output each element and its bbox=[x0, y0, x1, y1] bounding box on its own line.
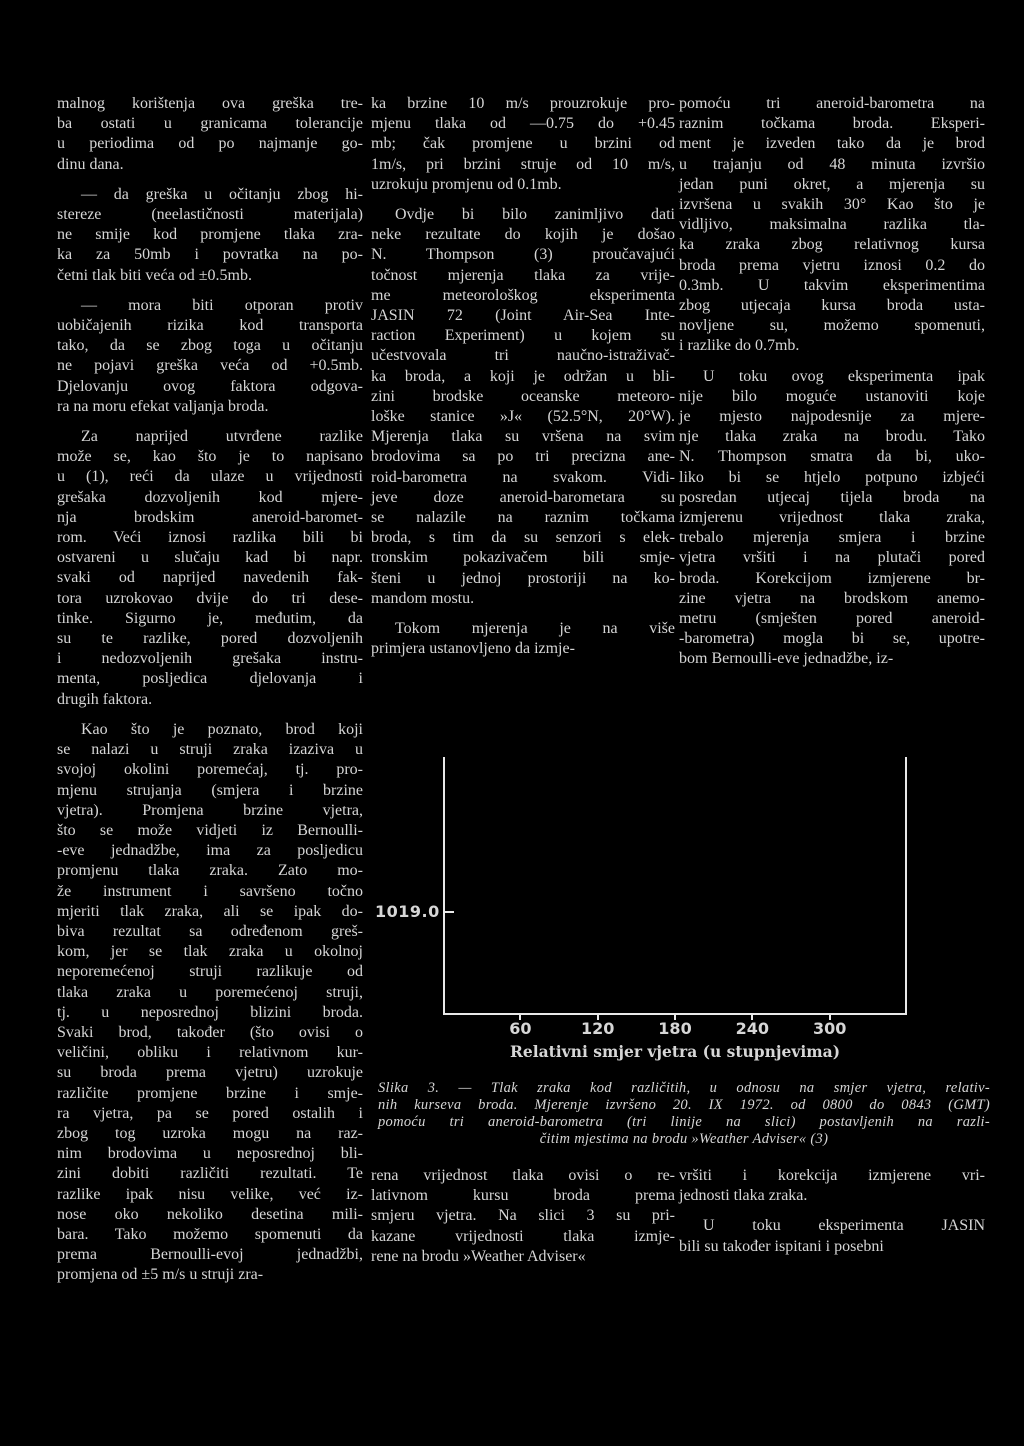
caption-line: Slika 3. — Tlak zraka kod različitih, u … bbox=[378, 1080, 990, 1097]
text-line: učestvovala tri naučno-istraživač- bbox=[371, 346, 675, 366]
text-line: ka brzine 10 m/s prouzrokuje pro- bbox=[371, 94, 675, 114]
page: malnog korištenja ova greška tre-ba osta… bbox=[0, 0, 1024, 1446]
text-line: ra vjetra, pa se pored ostalih i bbox=[57, 1104, 363, 1124]
text-line: Za naprijed utvrđene razlike bbox=[57, 427, 363, 447]
text-line: ra na moru efekat valjanja broda. bbox=[57, 397, 363, 417]
paragraph: U toku eksperimenta JASINbili su također… bbox=[679, 1216, 985, 1256]
text-line: su broda prema vjetru) uzrokuje bbox=[57, 1063, 363, 1083]
text-line: raznim točkama broda. Eksperi- bbox=[679, 114, 985, 134]
text-line: menta, posljedica djelovanja i bbox=[57, 669, 363, 689]
text-line: vjetra). Promjena brzine vjetra, bbox=[57, 801, 363, 821]
text-line: tora uzrokovao dvije do tri dese- bbox=[57, 589, 363, 609]
text-line: kazane vrijednosti tlaka izmje- bbox=[371, 1227, 675, 1247]
x-axis-tick-value: 60 bbox=[497, 1019, 543, 1038]
text-line: nim brodovima u neposrednoj bli- bbox=[57, 1144, 363, 1164]
text-line: dinu dana. bbox=[57, 155, 363, 175]
text-line: N. Thompson smatra da bi, uko- bbox=[679, 447, 985, 467]
text-line: neke rezultate do kojih je došao bbox=[371, 225, 675, 245]
text-line: promjenu tlaka zraka. Zato mo- bbox=[57, 861, 363, 881]
text-line: posredan utjecaj tijela broda na bbox=[679, 488, 985, 508]
text-line: mjeriti tlak zraka, ali se ipak do- bbox=[57, 902, 363, 922]
text-line: vjetra vršiti i na plutači pored bbox=[679, 548, 985, 568]
text-line: razlike ipak nisu velike, već iz- bbox=[57, 1185, 363, 1205]
text-column-bottom-right: vršiti i korekcija izmjerene vri-jednost… bbox=[679, 1166, 985, 1257]
text-line: primjera ustanovljeno da izmje- bbox=[371, 639, 675, 659]
text-line: ment je izveden tako da je brod bbox=[679, 134, 985, 154]
text-column-middle: ka brzine 10 m/s prouzrokuje pro-mjenu t… bbox=[371, 94, 675, 659]
text-line: drugih faktora. bbox=[57, 690, 363, 710]
text-line: jedan puni okret, a mjerenja su bbox=[679, 175, 985, 195]
text-line: lativnom kursu broda prema bbox=[371, 1186, 675, 1206]
text-line: tronskim pokazivačem bili smje- bbox=[371, 548, 675, 568]
text-line: ba ostati u granicama tolerancije bbox=[57, 114, 363, 134]
text-line: jeve doze aneroid-barometara su bbox=[371, 488, 675, 508]
text-line: liko bi se htjelo potpuno izbjeći bbox=[679, 468, 985, 488]
text-line: bara. Tako možemo spomenuti da bbox=[57, 1225, 363, 1245]
text-line: že instrument i savršeno točno bbox=[57, 882, 363, 902]
figure-caption: Slika 3. — Tlak zraka kod različitih, u … bbox=[378, 1080, 990, 1148]
text-column-right: pomoću tri aneroid-barometra naraznim to… bbox=[679, 94, 985, 670]
text-line: U toku eksperimenta JASIN bbox=[679, 1216, 985, 1236]
x-axis-tick-value: 180 bbox=[652, 1019, 698, 1038]
text-line: rena vrijednost tlaka ovisi o re- bbox=[371, 1166, 675, 1186]
paragraph: U toku ovog eksperimenta ipaknije bilo m… bbox=[679, 367, 985, 670]
text-line: broda. Korekcijom izmjerene br- bbox=[679, 569, 985, 589]
text-line: stereze (neelastičnosti materijala) bbox=[57, 205, 363, 225]
text-line: rom. Veći iznosi razlika bili bi bbox=[57, 528, 363, 548]
text-line: i razlike do 0.7mb. bbox=[679, 336, 985, 356]
x-axis-tick-value: 240 bbox=[729, 1019, 775, 1038]
text-line: loške stanice »J« (52.5°N, 20°W). bbox=[371, 407, 675, 427]
text-line: N. Thompson (3) proučavajući bbox=[371, 245, 675, 265]
text-line: Ovdje bi bilo zanimljivo dati bbox=[371, 205, 675, 225]
text-line: malnog korištenja ova greška tre- bbox=[57, 94, 363, 114]
text-line: broda, s tim da su senzori s elek- bbox=[371, 528, 675, 548]
text-line: kom, jer se tlak zraka u okolnoj bbox=[57, 942, 363, 962]
paragraph: malnog korištenja ova greška tre-ba osta… bbox=[57, 94, 363, 175]
text-line: mjenu strujanja (smjera i brzine bbox=[57, 781, 363, 801]
paragraph: — da greška u očitanju zbog hi-stereze (… bbox=[57, 185, 363, 286]
text-line: vršiti i korekcija izmjerene vri- bbox=[679, 1166, 985, 1186]
text-line: 0.3mb. U takvim eksperimentima bbox=[679, 276, 985, 296]
text-line: što se može vidjeti iz Bernoulli- bbox=[57, 821, 363, 841]
paragraph: vršiti i korekcija izmjerene vri-jednost… bbox=[679, 1166, 985, 1206]
text-line: rene na brodu »Weather Adviser« bbox=[371, 1247, 675, 1267]
text-line: nje tlaka zraka na brodu. Tako bbox=[679, 427, 985, 447]
text-line: U toku ovog eksperimenta ipak bbox=[679, 367, 985, 387]
text-line: u trajanju od 48 minuta izvršio bbox=[679, 155, 985, 175]
text-line: ka zraka zbog relativnog kursa bbox=[679, 235, 985, 255]
text-line: prema Bernoulli-evoj jednadžbi, bbox=[57, 1245, 363, 1265]
text-line: izmjerenu vrijednost tlaka zraka, bbox=[679, 508, 985, 528]
text-line: tinke. Sigurno je, međutim, da bbox=[57, 609, 363, 629]
text-line: Svaki brod, također (što ovisi o bbox=[57, 1023, 363, 1043]
text-line: trebalo mjerenja smjera i brzine bbox=[679, 528, 985, 548]
paragraph: Za naprijed utvrđene razlikemože se, kao… bbox=[57, 427, 363, 710]
text-line: zbog tog uzroka mogu na raz- bbox=[57, 1124, 363, 1144]
caption-line: nih kurseva broda. Mjerenje izvršeno 20.… bbox=[378, 1097, 990, 1114]
text-line: se nalazile na raznim točkama bbox=[371, 508, 675, 528]
text-line: pomoću tri aneroid-barometra na bbox=[679, 94, 985, 114]
text-line: ka broda, a koji je održan u bli- bbox=[371, 367, 675, 387]
text-line: u (1), reći da ulaze u vrijednosti bbox=[57, 467, 363, 487]
text-line: nose oko nekoliko desetina mili- bbox=[57, 1205, 363, 1225]
y-axis-tick-label: 1019.0 bbox=[375, 902, 437, 921]
text-line: izvršena u svakih 30° Kao što je bbox=[679, 195, 985, 215]
text-line: biva rezultat sa određenom greš- bbox=[57, 922, 363, 942]
text-line: ostvareni u slučaju kad bi napr. bbox=[57, 548, 363, 568]
x-axis-title: Relativni smjer vjetra (u stupnjevima) bbox=[433, 1042, 917, 1061]
caption-line: pomoću tri aneroid-barometra (tri linije… bbox=[378, 1114, 990, 1131]
text-line: -eve jednadžbe, ima za posljedicu bbox=[57, 841, 363, 861]
text-line: mjenu tlaka od —0.75 do +0.45 bbox=[371, 114, 675, 134]
text-line: je mjesto najpodesnije za mjere- bbox=[679, 407, 985, 427]
text-line: mb; čak promjene u brzini od bbox=[371, 134, 675, 154]
text-line: me meteorološkog eksperimenta bbox=[371, 286, 675, 306]
text-line: zbog utjecaja kursa broda usta- bbox=[679, 296, 985, 316]
text-line: su te razlike, pored dozvoljenih bbox=[57, 629, 363, 649]
text-column-bottom-left: rena vrijednost tlaka ovisi o re-lativno… bbox=[371, 1166, 675, 1267]
text-line: — mora biti otporan protiv bbox=[57, 296, 363, 316]
text-line: uobičajenih rizika kod transporta bbox=[57, 316, 363, 336]
text-line: i nedozvoljenih grešaka instru- bbox=[57, 649, 363, 669]
plot-frame: 1019.0 bbox=[443, 757, 907, 1015]
text-line: veličini, obliku i relativnom kur- bbox=[57, 1043, 363, 1063]
x-axis-tick-value: 120 bbox=[575, 1019, 621, 1038]
text-line: šteni u jednoj prostoriji na ko- bbox=[371, 569, 675, 589]
text-line: metru (smješten pored aneroid- bbox=[679, 609, 985, 629]
text-line: se nalazi u struji zraka izaziva u bbox=[57, 740, 363, 760]
text-line: ne smije kod promjene tlaka zra- bbox=[57, 225, 363, 245]
text-line: tj. u neposrednoj blizini broda. bbox=[57, 1003, 363, 1023]
text-line: bom Bernoulli-eve jednadžbe, iz- bbox=[679, 649, 985, 669]
text-line: točnost mjerenja tlaka za vrije- bbox=[371, 266, 675, 286]
text-column-left: malnog korištenja ova greška tre-ba osta… bbox=[57, 94, 363, 1286]
text-line: svojoj okolini poremećaj, tj. pro- bbox=[57, 760, 363, 780]
text-line: nije bilo moguće ustanoviti koje bbox=[679, 387, 985, 407]
text-line: brodovima sa po tri precizna ane- bbox=[371, 447, 675, 467]
text-line: grešaka dozvoljenih kod mjere- bbox=[57, 488, 363, 508]
text-line: različite promjene brzine i smje- bbox=[57, 1084, 363, 1104]
caption-line: čitim mjestima na brodu »Weather Adviser… bbox=[378, 1131, 990, 1148]
paragraph: Ovdje bi bilo zanimljivo datineke rezult… bbox=[371, 205, 675, 609]
text-line: JASIN 72 (Joint Air-Sea Inte- bbox=[371, 306, 675, 326]
text-line: Mjerenja tlaka su vršena na svim bbox=[371, 427, 675, 447]
text-line: svaki od naprijed navedenih fak- bbox=[57, 568, 363, 588]
text-line: u periodima od po najmanje go- bbox=[57, 134, 363, 154]
text-line: neporemećenoj struji razlikuje od bbox=[57, 962, 363, 982]
text-line: — da greška u očitanju zbog hi- bbox=[57, 185, 363, 205]
text-line: novljene su, možemo spomenuti, bbox=[679, 316, 985, 336]
text-line: uzrokuju promjenu od 0.1mb. bbox=[371, 175, 675, 195]
text-line: ne pojavi greška veća od +0.5mb. bbox=[57, 356, 363, 376]
text-line: roid-barometra na svakom. Vidi- bbox=[371, 468, 675, 488]
paragraph: ka brzine 10 m/s prouzrokuje pro-mjenu t… bbox=[371, 94, 675, 195]
text-line: tlaka zraka u poremećenoj struji, bbox=[57, 983, 363, 1003]
text-line: jednosti tlaka zraka. bbox=[679, 1186, 985, 1206]
paragraph: Tokom mjerenja je na višeprimjera ustano… bbox=[371, 619, 675, 659]
text-line: Tokom mjerenja je na više bbox=[371, 619, 675, 639]
text-line: bili su također ispitani i posebni bbox=[679, 1237, 985, 1257]
text-line: Djelovanju ovog faktora odgova- bbox=[57, 377, 363, 397]
text-line: broda prema vjetru iznosi 0.2 do bbox=[679, 256, 985, 276]
text-line: Kao što je poznato, brod koji bbox=[57, 720, 363, 740]
paragraph: rena vrijednost tlaka ovisi o re-lativno… bbox=[371, 1166, 675, 1267]
text-line: mandom mostu. bbox=[371, 589, 675, 609]
paragraph: pomoću tri aneroid-barometra naraznim to… bbox=[679, 94, 985, 357]
text-line: ka za 50mb i povratka na po- bbox=[57, 245, 363, 265]
x-axis-tick-labels: 60120180240300 bbox=[443, 1019, 907, 1039]
text-line: -barometra) mogla bi se, upotre- bbox=[679, 629, 985, 649]
text-line: zini dobiti različiti rezultati. Te bbox=[57, 1164, 363, 1184]
text-line: zini brodske oceanske meteoro- bbox=[371, 387, 675, 407]
paragraph: Kao što je poznato, brod kojise nalazi u… bbox=[57, 720, 363, 1286]
text-line: može se, kao što je to napisano bbox=[57, 447, 363, 467]
paragraph: — mora biti otporan protivuobičajenih ri… bbox=[57, 296, 363, 417]
text-line: raction Experiment) u kojem su bbox=[371, 326, 675, 346]
text-line: tako, da se zbog toga u očitanju bbox=[57, 336, 363, 356]
text-line: nja brodskim aneroid-baromet- bbox=[57, 508, 363, 528]
text-line: vidljivo, maksimalna razlika tla- bbox=[679, 215, 985, 235]
x-axis-tick-value: 300 bbox=[807, 1019, 853, 1038]
text-line: promjena od ±5 m/s u struji zra- bbox=[57, 1265, 363, 1285]
text-line: zine vjetra na brodskom anemo- bbox=[679, 589, 985, 609]
text-line: smjeru vjetra. Na slici 3 su pri- bbox=[371, 1206, 675, 1226]
y-axis-tick bbox=[445, 911, 454, 913]
text-line: četni tlak biti veća od ±0.5mb. bbox=[57, 266, 363, 286]
text-line: 1m/s, pri brzini struje od 10 m/s, bbox=[371, 155, 675, 175]
